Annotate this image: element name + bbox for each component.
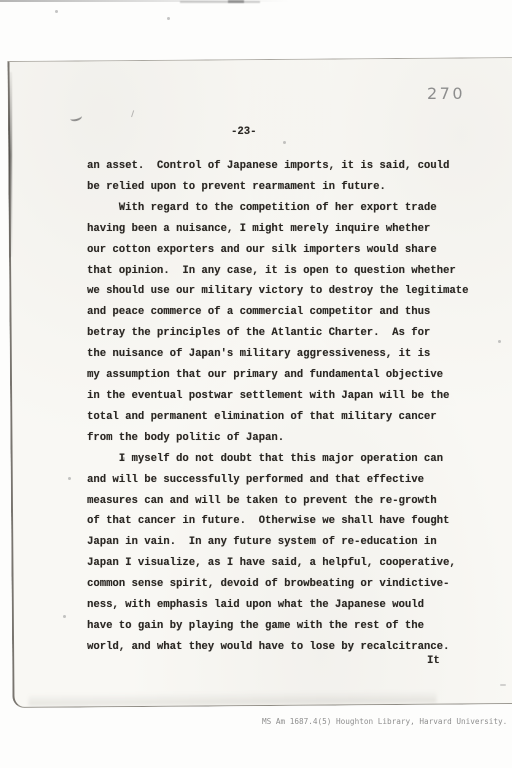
- typed-line: the nuisance of Japan's military aggress…: [87, 344, 468, 365]
- scan-speck: [167, 17, 170, 20]
- scan-streak: [180, 1, 260, 3]
- scan-speck: [63, 615, 66, 618]
- scanned-document-page: 270 -23- an asset. Control of Japanese i…: [0, 0, 512, 768]
- typed-line: world, and what they would have to lose …: [87, 637, 468, 658]
- typed-line: ness, with emphasis laid upon what the J…: [87, 595, 468, 616]
- typed-line: total and permanent elimination of that …: [87, 407, 468, 428]
- typed-line: Japan I visualize, as I have said, a hel…: [87, 553, 468, 574]
- archive-caption: MS Am 1687.4(5) Houghton Library, Harvar…: [262, 717, 507, 726]
- typed-line: an asset. Control of Japanese imports, i…: [87, 156, 468, 177]
- typed-line: and will be successfully performed and t…: [87, 470, 468, 491]
- scan-streak: [228, 0, 244, 3]
- typed-line: Japan in vain. In any future system of r…: [87, 532, 468, 553]
- folio-number: 270: [427, 84, 465, 103]
- scan-speck: [498, 340, 501, 343]
- typed-line: my assumption that our primary and funda…: [87, 365, 468, 386]
- typed-line: that opinion. In any case, it is open to…: [87, 261, 468, 282]
- typed-line: With regard to the competition of her ex…: [87, 198, 468, 219]
- scan-speck: [68, 477, 71, 480]
- paper-left-edge-shadow: [9, 72, 12, 257]
- typed-line: having been a nuisance, I might merely i…: [87, 219, 468, 240]
- typed-line: betray the principles of the Atlantic Ch…: [87, 323, 468, 344]
- typed-line: our cotton exporters and our silk import…: [87, 240, 468, 261]
- typed-line: I myself do not doubt that this major op…: [87, 449, 468, 470]
- scan-speck: [55, 10, 58, 13]
- typed-line: measures can and will be taken to preven…: [87, 491, 468, 512]
- typed-line: have to gain by playing the game with th…: [87, 616, 468, 637]
- scan-speck: [500, 684, 506, 686]
- scan-speck: [283, 141, 286, 144]
- typed-body-text: an asset. Control of Japanese imports, i…: [87, 156, 468, 658]
- catchword: It: [427, 655, 440, 667]
- typed-line: in the eventual postwar settlement with …: [87, 386, 468, 407]
- typed-line: from the body politic of Japan.: [87, 428, 468, 449]
- typed-line: and peace commerce of a commercial compe…: [87, 302, 468, 323]
- typed-line: of that cancer in future. Otherwise we s…: [87, 511, 468, 532]
- typed-line: common sense spirit, devoid of browbeati…: [87, 574, 468, 595]
- typed-line: we should use our military victory to de…: [87, 281, 468, 302]
- page-number: -23-: [231, 126, 256, 138]
- typed-line: be relied upon to prevent rearmament in …: [87, 177, 468, 198]
